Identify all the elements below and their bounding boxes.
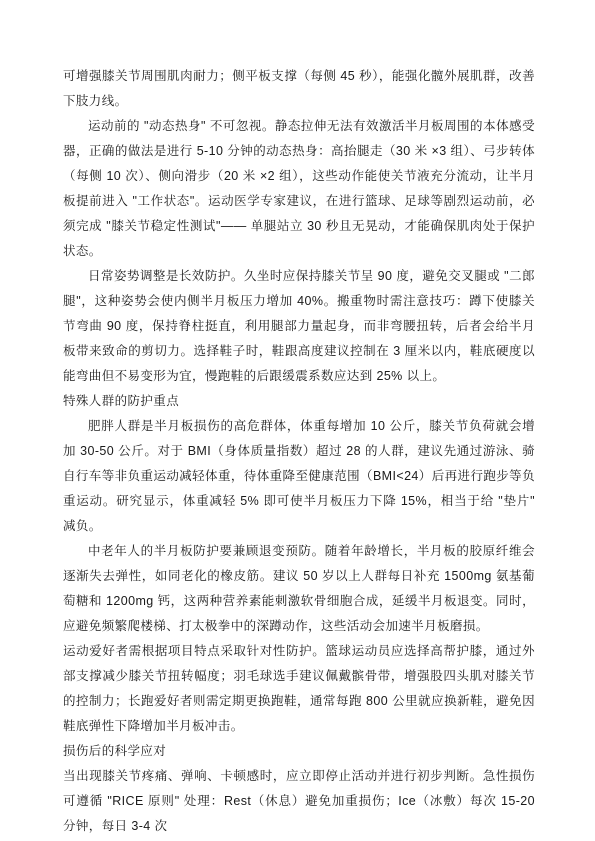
paragraph: 肥胖人群是半月板损伤的高危群体，体重每增加 10 公斤，膝关节负荷就会增加 30… [63,414,535,539]
section-heading: 损伤后的科学应对 [63,739,535,764]
paragraph: 运动前的 "动态热身" 不可忽视。静态拉伸无法有效激活半月板周围的本体感受器，正… [63,114,535,264]
paragraph: 运动爱好者需根据项目特点采取针对性防护。篮球运动员应选择高帮护膝，通过外部支撑减… [63,639,535,739]
paragraph: 可增强膝关节周围肌肉耐力；侧平板支撑（每侧 45 秒），能强化髋外展肌群，改善下… [63,64,535,114]
section-heading: 特殊人群的防护重点 [63,389,535,414]
document-content: 可增强膝关节周围肌肉耐力；侧平板支撑（每侧 45 秒），能强化髋外展肌群，改善下… [63,64,535,839]
document-page: 可增强膝关节周围肌肉耐力；侧平板支撑（每侧 45 秒），能强化髋外展肌群，改善下… [0,0,595,841]
paragraph: 中老年人的半月板防护要兼顾退变预防。随着年龄增长，半月板的胶原纤维会逐渐失去弹性… [63,539,535,639]
paragraph: 当出现膝关节疼痛、弹响、卡顿感时，应立即停止活动并进行初步判断。急性损伤可遵循 … [63,764,535,839]
paragraph: 日常姿势调整是长效防护。久坐时应保持膝关节呈 90 度，避免交叉腿或 "二郎腿"… [63,264,535,389]
